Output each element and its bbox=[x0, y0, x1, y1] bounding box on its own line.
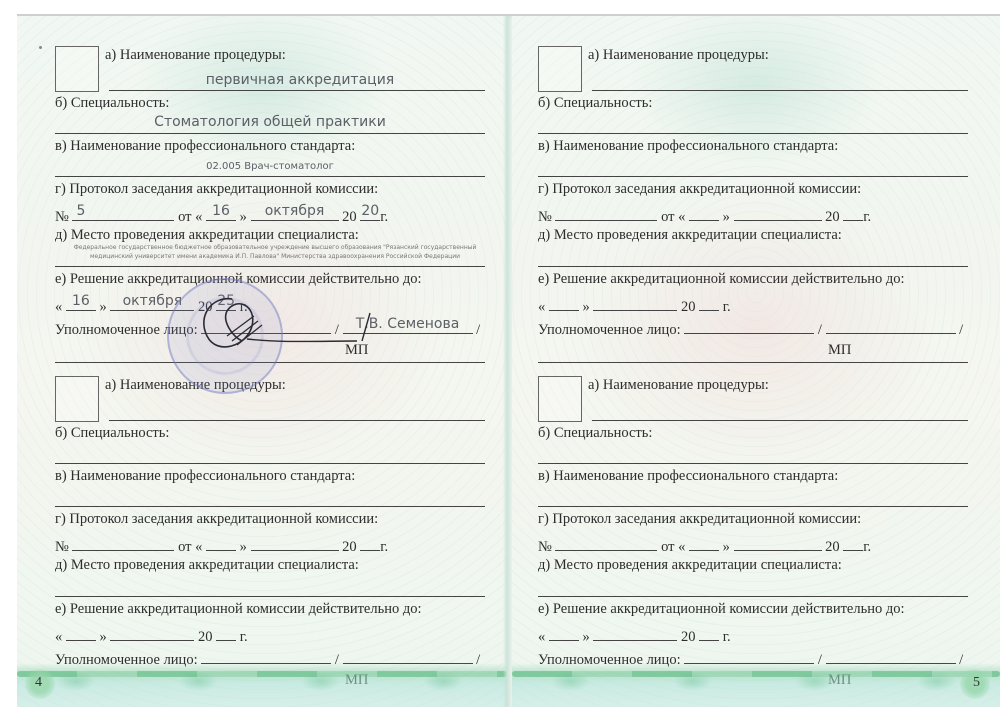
place-label: д) Место проведения аккредитации специал… bbox=[538, 557, 842, 574]
protocol-day-field bbox=[689, 536, 719, 551]
protocol-day-field bbox=[689, 206, 719, 221]
valid-year-field bbox=[699, 626, 719, 641]
quote-close: » bbox=[583, 299, 590, 315]
protocol-year-field: 20 bbox=[360, 206, 380, 221]
signatory-name-field bbox=[826, 649, 956, 664]
year-prefix: 20 bbox=[198, 629, 213, 645]
protocol-row: № от « » 20 г. bbox=[538, 536, 871, 556]
checkbox-square bbox=[538, 376, 582, 422]
authorized-person-row: Уполномоченное лицо: / / bbox=[538, 319, 963, 339]
procedure-label: а) Наименование процедуры: bbox=[105, 47, 286, 64]
underline bbox=[55, 133, 485, 134]
quote-open: « bbox=[538, 299, 545, 315]
year-suffix: г. bbox=[380, 209, 388, 225]
quote-close: » bbox=[723, 209, 730, 225]
number-sign: № bbox=[538, 209, 552, 225]
prof-standard-label: в) Наименование профессионального станда… bbox=[55, 468, 355, 485]
prof-standard-label: в) Наименование профессионального станда… bbox=[538, 138, 838, 155]
document-spread: а) Наименование процедуры: первичная акк… bbox=[17, 14, 1000, 707]
quote-close: » bbox=[723, 539, 730, 555]
year-prefix: 20 bbox=[681, 299, 696, 315]
protocol-row: № 5 от « 16 » октября 20 20г. bbox=[55, 206, 388, 226]
page-number: 4 bbox=[35, 675, 42, 691]
from-label: от « bbox=[661, 209, 685, 225]
place-value: Федеральное государственное бюджетное об… bbox=[55, 243, 495, 261]
signature-field bbox=[684, 319, 814, 334]
quote-close: » bbox=[100, 629, 107, 645]
specialty-label: б) Специальность: bbox=[55, 95, 169, 112]
underline bbox=[538, 506, 968, 507]
underline bbox=[55, 596, 485, 597]
year-prefix: 20 bbox=[342, 539, 357, 555]
year-suffix: г. bbox=[863, 209, 871, 225]
place-label: д) Место проведения аккредитации специал… bbox=[55, 227, 359, 244]
valid-day-field bbox=[549, 626, 579, 641]
from-label: от « bbox=[178, 209, 202, 225]
year-prefix: 20 bbox=[825, 209, 840, 225]
protocol-year-field bbox=[843, 536, 863, 551]
valid-until-row: « » 20 г. bbox=[538, 626, 731, 646]
underline bbox=[592, 90, 968, 91]
valid-until-row: « » 20 г. bbox=[538, 296, 731, 316]
decorative-border bbox=[17, 663, 507, 707]
specialty-value: Стоматология общей практики bbox=[55, 114, 485, 130]
underline bbox=[538, 463, 968, 464]
protocol-day-field bbox=[206, 536, 236, 551]
protocol-number-field bbox=[555, 536, 657, 551]
underline bbox=[538, 266, 968, 267]
prof-standard-label: в) Наименование профессионального станда… bbox=[538, 468, 838, 485]
page-left: а) Наименование процедуры: первичная акк… bbox=[17, 16, 507, 707]
protocol-label: г) Протокол заседания аккредитационной к… bbox=[538, 511, 861, 528]
from-label: от « bbox=[178, 539, 202, 555]
protocol-row: № от « » 20 г. bbox=[538, 206, 871, 226]
protocol-month-field: октября bbox=[251, 206, 339, 221]
signature-field bbox=[201, 649, 331, 664]
year-prefix: 20 bbox=[825, 539, 840, 555]
protocol-month-field bbox=[734, 536, 822, 551]
underline bbox=[109, 420, 485, 421]
protocol-year-field bbox=[360, 536, 380, 551]
page-number: 5 bbox=[973, 675, 980, 691]
protocol-label: г) Протокол заседания аккредитационной к… bbox=[55, 511, 378, 528]
underline bbox=[538, 362, 968, 363]
slash: / bbox=[959, 322, 963, 338]
underline bbox=[592, 420, 968, 421]
year-suffix: г. bbox=[240, 629, 248, 645]
handwritten-signature bbox=[192, 291, 382, 361]
valid-year-field bbox=[216, 626, 236, 641]
underline bbox=[55, 266, 485, 267]
checkbox-square bbox=[55, 46, 99, 92]
specialty-label: б) Специальность: bbox=[55, 425, 169, 442]
underline bbox=[55, 506, 485, 507]
quote-open: « bbox=[55, 299, 62, 315]
quote-open: « bbox=[55, 629, 62, 645]
protocol-day-field: 16 bbox=[206, 206, 236, 221]
year-prefix: 20 bbox=[342, 209, 357, 225]
quote-close: » bbox=[100, 299, 107, 315]
quote-open: « bbox=[538, 629, 545, 645]
page-right: а) Наименование процедуры: б) Специально… bbox=[512, 16, 1000, 707]
signatory-name-field bbox=[826, 319, 956, 334]
authorized-person-label: Уполномоченное лицо: bbox=[538, 322, 681, 338]
valid-month-field bbox=[593, 626, 677, 641]
valid-until-label: е) Решение аккредитационной комиссии дей… bbox=[55, 601, 422, 618]
valid-until-row: « » 20 г. bbox=[55, 626, 248, 646]
valid-month-field bbox=[110, 626, 194, 641]
underline bbox=[109, 90, 485, 91]
procedure-value: первичная аккредитация bbox=[115, 72, 485, 88]
protocol-number-field bbox=[555, 206, 657, 221]
procedure-label: а) Наименование процедуры: bbox=[588, 47, 769, 64]
prof-standard-label: в) Наименование профессионального станда… bbox=[55, 138, 355, 155]
valid-day-field: 16 bbox=[66, 296, 96, 311]
place-label: д) Место проведения аккредитации специал… bbox=[55, 557, 359, 574]
underline bbox=[55, 176, 485, 177]
decorative-border bbox=[512, 663, 1000, 707]
protocol-row: № от « » 20 г. bbox=[55, 536, 388, 556]
protocol-number-field: 5 bbox=[72, 206, 174, 221]
underline bbox=[538, 133, 968, 134]
protocol-label: г) Протокол заседания аккредитационной к… bbox=[538, 181, 861, 198]
year-suffix: г. bbox=[380, 539, 388, 555]
specialty-label: б) Специальность: bbox=[538, 425, 652, 442]
quote-close: » bbox=[583, 629, 590, 645]
from-label: от « bbox=[661, 539, 685, 555]
valid-month-field bbox=[593, 296, 677, 311]
valid-year-field bbox=[699, 296, 719, 311]
protocol-month-field bbox=[734, 206, 822, 221]
signature-field bbox=[684, 649, 814, 664]
signatory-name-field bbox=[343, 649, 473, 664]
year-suffix: г. bbox=[863, 539, 871, 555]
checkbox-square bbox=[55, 376, 99, 422]
number-sign: № bbox=[55, 209, 69, 225]
slash: / bbox=[818, 322, 822, 338]
valid-day-field bbox=[549, 296, 579, 311]
protocol-month-field bbox=[251, 536, 339, 551]
protocol-label: г) Протокол заседания аккредитационной к… bbox=[55, 181, 378, 198]
year-suffix: г. bbox=[723, 629, 731, 645]
checkbox-square bbox=[538, 46, 582, 92]
number-sign: № bbox=[55, 539, 69, 555]
quote-close: » bbox=[240, 209, 247, 225]
prof-standard-value: 02.005 Врач-стоматолог bbox=[55, 161, 485, 172]
protocol-year-field bbox=[843, 206, 863, 221]
place-label: д) Место проведения аккредитации специал… bbox=[538, 227, 842, 244]
underline bbox=[538, 176, 968, 177]
speck bbox=[39, 46, 42, 49]
specialty-label: б) Специальность: bbox=[538, 95, 652, 112]
valid-day-field bbox=[66, 626, 96, 641]
valid-until-label: е) Решение аккредитационной комиссии дей… bbox=[538, 601, 905, 618]
protocol-number-field bbox=[72, 536, 174, 551]
seal-mark-label: МП bbox=[828, 342, 851, 359]
year-prefix: 20 bbox=[681, 629, 696, 645]
underline bbox=[538, 596, 968, 597]
valid-until-label: е) Решение аккредитационной комиссии дей… bbox=[538, 271, 905, 288]
quote-close: » bbox=[240, 539, 247, 555]
number-sign: № bbox=[538, 539, 552, 555]
slash: / bbox=[476, 322, 480, 338]
procedure-label: а) Наименование процедуры: bbox=[588, 377, 769, 394]
underline bbox=[55, 463, 485, 464]
year-suffix: г. bbox=[723, 299, 731, 315]
